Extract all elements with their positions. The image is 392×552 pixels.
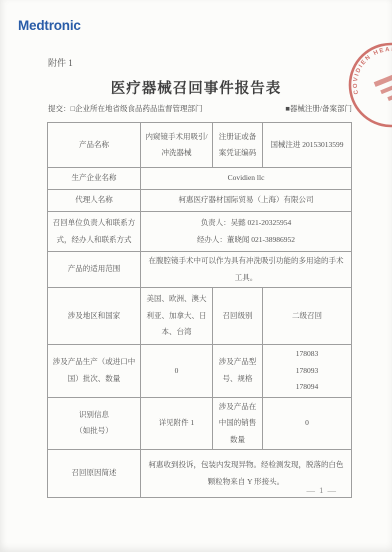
registration-dept-checkbox-option: ■器械注册/备案部门 — [285, 103, 352, 114]
product-name-label: 产品名称 — [48, 123, 141, 168]
models-value: 178083 178093 178094 — [263, 345, 352, 398]
table-row: 召回单位负责人和联系方式，经办人和联系方式 负责人：吴懿 021-2032595… — [48, 212, 352, 252]
table-row: 生产企业名称 Covidien llc — [48, 168, 352, 190]
recall-report-table: 产品名称 内窥镜手术用吸引/冲洗器械 注册证或备案凭证编码 国械注进 20153… — [47, 122, 352, 498]
document-page: Medtronic COVIDIEN HEALTHCARE 附件 1 医疗器械召… — [0, 0, 392, 552]
reg-cert-value: 国械注进 20153013599 — [263, 123, 352, 168]
regions-label: 涉及地区和国家 — [48, 288, 141, 345]
agent-value: 柯惠医疗器材国际贸易（上海）有限公司 — [141, 190, 352, 212]
table-row: 涉及产品生产（或进口中国）批次、数量 0 涉及产品型号、规格 178083 17… — [48, 345, 352, 398]
submit-line: 提交：□企业所在地省级食品药品监督管理部门 ■器械注册/备案部门 — [48, 103, 352, 114]
batches-label: 涉及产品生产（或进口中国）批次、数量 — [48, 345, 141, 398]
contacts-value: 负责人：吴懿 021-20325954 经办人：董晓闻 021-38986952 — [141, 212, 352, 252]
batches-value: 0 — [141, 345, 213, 398]
recall-level-value: 二级召回 — [263, 288, 352, 345]
contacts-label: 召回单位负责人和联系方式，经办人和联系方式 — [48, 212, 141, 252]
reg-cert-label: 注册证或备案凭证编码 — [213, 123, 263, 168]
table-row: 代理人名称 柯惠医疗器材国际贸易（上海）有限公司 — [48, 190, 352, 212]
table-row: 产品名称 内窥镜手术用吸引/冲洗器械 注册证或备案凭证编码 国械注进 20153… — [48, 123, 352, 168]
scope-value: 在腹腔镜手术中可以作为具有冲洗吸引功能的多用途的手术工具。 — [141, 252, 352, 288]
page-number: — 1 — — [307, 485, 338, 495]
ident-label: 识别信息 （如批号） — [48, 397, 141, 450]
china-sales-value: 0 — [263, 397, 352, 450]
recall-level-label: 召回级别 — [213, 288, 263, 345]
manufacturer-value: Covidien llc — [141, 168, 352, 190]
ident-value: 详见附件 1 — [141, 397, 213, 450]
regions-value: 美国、欧洲、澳大利亚、加拿大、日本、台湾 — [141, 288, 213, 345]
table-row: 识别信息 （如批号） 详见附件 1 涉及产品在中国的销售数量 0 — [48, 397, 352, 450]
models-label: 涉及产品型号、规格 — [213, 345, 263, 398]
scope-label: 产品的适用范围 — [48, 252, 141, 288]
page-title: 医疗器械召回事件报告表 — [0, 77, 392, 98]
manufacturer-label: 生产企业名称 — [48, 168, 141, 190]
attachment-label: 附件 1 — [48, 56, 73, 69]
medtronic-logo: Medtronic — [18, 18, 81, 33]
table-row: 涉及地区和国家 美国、欧洲、澳大利亚、加拿大、日本、台湾 召回级别 二级召回 — [48, 288, 352, 345]
reason-label: 召回原因简述 — [48, 450, 141, 498]
agent-label: 代理人名称 — [48, 190, 141, 212]
submit-to-checkbox-option: 提交：□企业所在地省级食品药品监督管理部门 — [48, 103, 203, 114]
product-name-value: 内窥镜手术用吸引/冲洗器械 — [141, 123, 213, 168]
table-row: 产品的适用范围 在腹腔镜手术中可以作为具有冲洗吸引功能的多用途的手术工具。 — [48, 252, 352, 288]
china-sales-label: 涉及产品在中国的销售数量 — [213, 397, 263, 450]
